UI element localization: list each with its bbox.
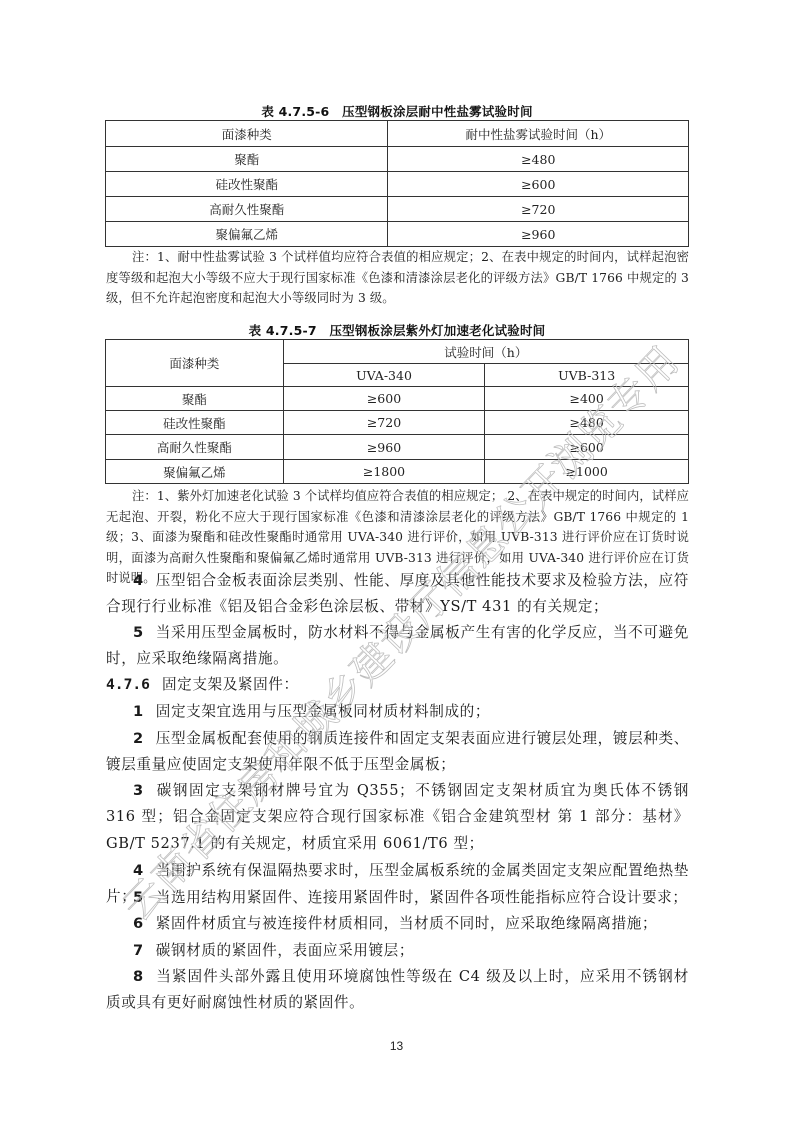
- list-item: 1固定支架宜选用与压型金属板同材质材料制成的；: [106, 699, 689, 725]
- table-cell: 硅改性聚酯: [106, 172, 388, 197]
- item-text: 压型铝合金板表面涂层类别、性能、厚度及其他性能技术要求及检验方法，应符合现行行业…: [106, 572, 689, 615]
- item-number: 4: [133, 862, 144, 879]
- table-cell: 聚偏氟乙烯: [106, 460, 284, 484]
- item-number: 5: [133, 889, 144, 906]
- table-cell: ≥1800: [283, 460, 485, 484]
- header-cell: 试验时间（h）: [283, 340, 688, 364]
- table2-caption: 表 4.7.5-7 压型钢板涂层紫外灯加速老化试验时间: [105, 321, 689, 339]
- table-row: 聚酯 ≥480: [106, 147, 689, 172]
- item-text: 碳钢材质的紧固件，表面应采用镀层；: [156, 942, 414, 959]
- list-item: 3碳钢固定支架钢材牌号宜为 Q355；不锈钢固定支架材质宜为奥氏体不锈钢 316…: [106, 778, 689, 857]
- list-item: 2压型金属板配套使用的钢质连接件和固定支架表面应进行镀层处理，镀层种类、镀层重量…: [106, 726, 689, 779]
- table-header-row: 面漆种类 试验时间（h）: [106, 340, 689, 364]
- table-cell: ≥600: [283, 387, 485, 411]
- item-number: 8: [133, 968, 144, 985]
- clause-item: 4压型铝合金板表面涂层类别、性能、厚度及其他性能技术要求及检验方法，应符合现行行…: [106, 568, 689, 621]
- item-number: 7: [133, 942, 144, 959]
- item-number: 1: [133, 703, 144, 720]
- table-cell: ≥600: [388, 172, 689, 197]
- table-cell: ≥720: [283, 411, 485, 435]
- item-text: 当采用压型金属板时，防水材料不得与金属板产生有害的化学反应，当不可避免时，应采取…: [106, 624, 689, 667]
- table-cell: 高耐久性聚酯: [106, 197, 388, 222]
- page-number: 13: [0, 1039, 793, 1053]
- table-cell: 聚酯: [106, 147, 388, 172]
- table-cell: 聚酯: [106, 387, 284, 411]
- item-number: 4: [133, 572, 144, 589]
- item-text: 紧固件材质宜与被连接件材质相同，当材质不同时，应采取绝缘隔离措施；: [156, 915, 657, 932]
- table-cell: ≥600: [485, 435, 689, 460]
- table-row: 聚偏氟乙烯 ≥960: [106, 222, 689, 247]
- table-cell: ≥480: [388, 147, 689, 172]
- clause-item: 5当采用压型金属板时，防水材料不得与金属板产生有害的化学反应，当不可避免时，应采…: [106, 620, 689, 673]
- table-cell: 硅改性聚酯: [106, 411, 284, 435]
- list-item: 5当选用结构用紧固件、连接用紧固件时，紧固件各项性能指标应符合设计要求；: [106, 885, 689, 911]
- table1-caption: 表 4.7.5-6 压型钢板涂层耐中性盐雾试验时间: [105, 102, 689, 120]
- list-item: 7碳钢材质的紧固件，表面应采用镀层；: [106, 938, 689, 964]
- item-number: 2: [133, 730, 144, 747]
- header-cell: 面漆种类: [106, 340, 284, 387]
- table-header-row: 面漆种类 耐中性盐雾试验时间（h）: [106, 121, 689, 147]
- item-text: 固定支架宜选用与压型金属板同材质材料制成的；: [156, 703, 490, 720]
- item-number: 5: [133, 624, 144, 641]
- header-cell: UVA-340: [283, 364, 485, 387]
- document-page: 表 4.7.5-6 压型钢板涂层耐中性盐雾试验时间 面漆种类 耐中性盐雾试验时间…: [0, 0, 793, 1122]
- item-text: 当选用结构用紧固件、连接用紧固件时，紧固件各项性能指标应符合设计要求；: [156, 889, 688, 906]
- header-cell: 耐中性盐雾试验时间（h）: [388, 121, 689, 147]
- table-cell: 高耐久性聚酯: [106, 435, 284, 460]
- table1-note: 注：1、耐中性盐雾试验 3 个试样值均应符合表值的相应规定；2、在表中规定的时间…: [106, 247, 689, 309]
- table-row: 硅改性聚酯 ≥600: [106, 172, 689, 197]
- section-number: 4.7.6: [106, 676, 150, 693]
- item-text: 碳钢固定支架钢材牌号宜为 Q355；不锈钢固定支架材质宜为奥氏体不锈钢 316 …: [106, 782, 689, 852]
- table-cell: ≥720: [388, 197, 689, 222]
- table-cell: ≥960: [283, 435, 485, 460]
- section-heading: 4.7.6固定支架及紧固件：: [106, 672, 689, 698]
- table-cell: ≥400: [485, 387, 689, 411]
- table-cell: ≥480: [485, 411, 689, 435]
- list-item: 6紧固件材质宜与被连接件材质相同，当材质不同时，应采取绝缘隔离措施；: [106, 911, 689, 937]
- section-title: 固定支架及紧固件：: [162, 676, 299, 693]
- table-row: 硅改性聚酯 ≥720 ≥480: [106, 411, 689, 435]
- table-uv-aging: 面漆种类 试验时间（h） UVA-340 UVB-313 聚酯 ≥600 ≥40…: [105, 339, 689, 484]
- item-number: 6: [133, 915, 144, 932]
- item-text: 压型金属板配套使用的钢质连接件和固定支架表面应进行镀层处理，镀层种类、镀层重量应…: [106, 730, 689, 773]
- item-text: 当紧固件头部外露且使用环境腐蚀性等级在 C4 级及以上时，应采用不锈钢材质或具有…: [106, 968, 689, 1011]
- table-cell: ≥1000: [485, 460, 689, 484]
- table-row: 聚酯 ≥600 ≥400: [106, 387, 689, 411]
- list-item: 8当紧固件头部外露且使用环境腐蚀性等级在 C4 级及以上时，应采用不锈钢材质或具…: [106, 964, 689, 1017]
- table-salt-spray: 面漆种类 耐中性盐雾试验时间（h） 聚酯 ≥480 硅改性聚酯 ≥600 高耐久…: [105, 120, 689, 247]
- table-row: 高耐久性聚酯 ≥960 ≥600: [106, 435, 689, 460]
- table-row: 高耐久性聚酯 ≥720: [106, 197, 689, 222]
- item-number: 3: [133, 782, 144, 799]
- header-cell: UVB-313: [485, 364, 689, 387]
- table-row: 聚偏氟乙烯 ≥1800 ≥1000: [106, 460, 689, 484]
- table-cell: ≥960: [388, 222, 689, 247]
- table-cell: 聚偏氟乙烯: [106, 222, 388, 247]
- header-cell: 面漆种类: [106, 121, 388, 147]
